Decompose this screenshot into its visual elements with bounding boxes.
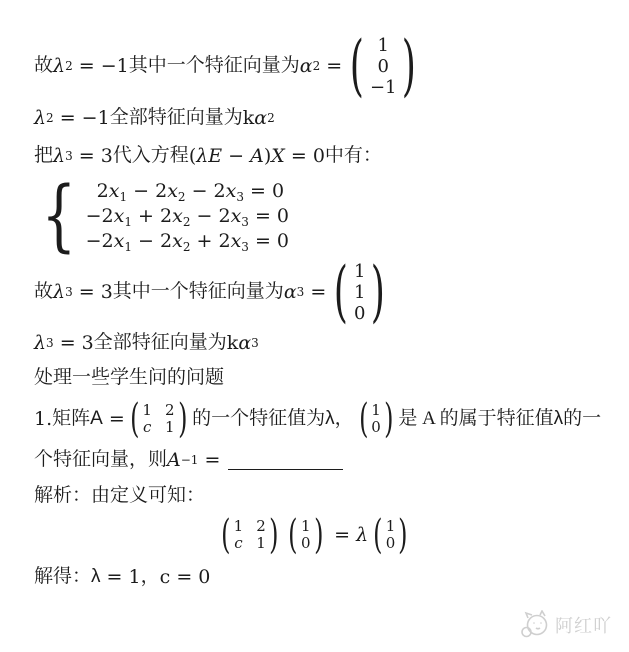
matrix-cell: 0 <box>377 56 388 77</box>
section-heading: 处理一些学生问的问题 <box>34 365 619 391</box>
cjk-text: 把 <box>34 143 53 169</box>
matrix-cell: 1 <box>142 402 152 419</box>
math-text: − 2 <box>190 205 230 227</box>
math-text: = 3 <box>73 143 113 169</box>
matrix-cell: 2 <box>256 518 266 535</box>
column-vector-alpha3: ( 1 1 0 ) <box>328 261 391 324</box>
matrix-cell: 1 <box>256 535 266 552</box>
document-page: 故λ2 = −1其中一个特征向量为α2 = ( 1 0 −1 ) λ2 = −1… <box>0 0 629 640</box>
cjk-text: 处理一些学生问的问题 <box>34 365 224 391</box>
math-text: − 2 <box>186 180 226 202</box>
math-var-x: x <box>114 230 125 252</box>
math-var-x: x <box>231 230 242 252</box>
matrix-cell: 1 <box>354 282 365 303</box>
watermark-label: 阿红吖 <box>555 612 612 638</box>
cjk-text: 个特征向量，则 <box>34 447 167 473</box>
math-subscript: 2 <box>178 190 186 204</box>
math-text: = <box>304 279 326 305</box>
math-var-lambda: λ <box>53 53 65 79</box>
matrix-cell: 1 <box>354 261 365 282</box>
math-expression: λE − A <box>196 143 264 169</box>
cjk-text: 故 <box>34 53 53 79</box>
math-text: − 2 <box>127 180 167 202</box>
cjk-text: 代入方程 <box>113 143 189 169</box>
matrix-cell: 0 <box>386 535 396 552</box>
matrix-cell: 1 <box>386 518 396 535</box>
cjk-text: 故 <box>34 279 53 305</box>
equation-row: 2x1 − 2x2 − 2x3 = 0 <box>86 179 289 204</box>
math-var-lambda: λ <box>554 406 564 432</box>
matrix-cell: c <box>234 535 242 552</box>
math-var-alpha: α <box>238 330 251 356</box>
math-var-lambda: λ <box>53 143 65 169</box>
math-text: = 0 <box>285 143 325 169</box>
equation-row: −2x1 − 2x2 + 2x3 = 0 <box>86 229 289 254</box>
math-var-lambda: λ <box>356 522 368 548</box>
math-var-lambda: λ <box>34 330 46 356</box>
cjk-text: 矩阵 <box>52 406 90 432</box>
cjk-text: 解得： <box>34 564 91 590</box>
line-problem-statement-2: 个特征向量，则A−1 = <box>34 447 619 473</box>
math-text: = 3 <box>73 279 113 305</box>
math-text: = <box>103 406 125 432</box>
math-text: = 0 <box>249 230 289 252</box>
math-var-X: X <box>271 143 285 169</box>
matrix-cell: 1 <box>301 518 311 535</box>
cjk-text: 全部特征向量为 <box>94 330 227 356</box>
math-var-k: k <box>243 105 255 131</box>
math-var-lambda: λ <box>325 406 335 432</box>
math-subscript: 3 <box>236 190 244 204</box>
line-substitute-lambda3: 把λ3 = 3代入方程(λE − A)X = 0中有： <box>34 143 619 169</box>
cjk-text: ， <box>335 406 354 432</box>
math-subscript: 1 <box>124 215 132 229</box>
math-text: − 2 <box>132 230 172 252</box>
watermark-mascot-icon <box>517 610 551 640</box>
math-text: = −1 <box>73 53 129 79</box>
matrix-cell: 0 <box>301 535 311 552</box>
line-solution-label: 解析：由定义可知： <box>34 483 619 509</box>
line-eigenvector-lambda3: 故λ3 = 3其中一个特征向量为α3 = ( 1 1 0 ) <box>34 258 619 326</box>
math-text: + 2 <box>132 205 172 227</box>
cjk-text: 是 A 的属于特征值 <box>398 406 553 432</box>
math-var-alpha: α <box>300 53 313 79</box>
matrix-cell: 0 <box>354 303 365 324</box>
answer-blank <box>228 450 343 470</box>
math-text: −2 <box>86 230 114 252</box>
equation-row: −2x1 + 2x2 − 2x3 = 0 <box>86 204 289 229</box>
math-var-A: A <box>167 447 181 473</box>
centered-equation: ( 1 2 c 1 ) ( 1 0 ) = λ ( 1 0 ) <box>34 512 619 558</box>
math-text: = 0 <box>244 180 284 202</box>
cjk-text: 其中一个特征向量为 <box>113 279 284 305</box>
column-vector-e1: ( 1 0 ) <box>356 402 397 436</box>
math-var-lambda: λ <box>91 564 101 590</box>
math-subscript: 3 <box>241 240 249 254</box>
matrix-cell: −1 <box>370 77 397 98</box>
matrix-A: ( 1 2 c 1 ) <box>127 402 190 436</box>
matrix-cell: 1 <box>371 402 381 419</box>
cjk-text: 全部特征向量为 <box>110 105 243 131</box>
watermark: 阿红吖 <box>34 610 619 640</box>
column-vector-alpha2: ( 1 0 −1 ) <box>344 35 422 98</box>
math-text: = 1 <box>101 564 141 590</box>
math-var-lambda: λ <box>53 279 65 305</box>
math-var-c: c <box>160 564 171 590</box>
line-eigenvector-lambda2: 故λ2 = −1其中一个特征向量为α2 = ( 1 0 −1 ) <box>34 32 619 100</box>
math-var-x: x <box>114 205 125 227</box>
math-var-x: x <box>109 180 120 202</box>
matrix-cell: c <box>143 419 151 436</box>
math-var-alpha: α <box>254 105 267 131</box>
cjk-text: 解析：由定义可知： <box>34 483 205 509</box>
cjk-text: 其中一个特征向量为 <box>129 53 300 79</box>
math-var-x: x <box>226 180 237 202</box>
math-var-lambda: λ <box>34 105 46 131</box>
math-var-A: A <box>90 406 103 432</box>
math-var-x: x <box>172 205 183 227</box>
cjk-text: 中有： <box>325 143 382 169</box>
item-number: 1. <box>34 406 52 432</box>
math-var-k: k <box>227 330 239 356</box>
matrix-cell: 2 <box>165 402 175 419</box>
math-text: = 0 <box>249 205 289 227</box>
math-subscript: 1 <box>124 240 132 254</box>
cjk-text: 的一个特征值为 <box>192 406 325 432</box>
math-var-x: x <box>172 230 183 252</box>
line-all-eigenvectors-lambda3: λ3 = 3全部特征向量为kα3 <box>34 330 619 356</box>
math-subscript: 1 <box>119 190 127 204</box>
math-text: = −1 <box>54 105 110 131</box>
column-vector-e1: ( 1 0 ) <box>370 518 411 552</box>
math-var-x: x <box>231 205 242 227</box>
math-text: −2 <box>86 205 114 227</box>
column-vector-e1: ( 1 0 ) <box>285 518 326 552</box>
math-text: 2 <box>97 180 109 202</box>
math-text: = 3 <box>54 330 94 356</box>
matrix-cell: 1 <box>165 419 175 436</box>
cjk-text: ， <box>141 564 160 590</box>
line-all-eigenvectors-lambda2: λ2 = −1全部特征向量为kα2 <box>34 105 619 131</box>
line-result: 解得：λ = 1，c = 0 <box>34 564 619 590</box>
equation-system: { 2x1 − 2x2 − 2x3 = 0 −2x1 + 2x2 − 2x3 =… <box>34 180 619 252</box>
math-var-alpha: α <box>284 279 297 305</box>
matrix-A: ( 1 2 c 1 ) <box>218 518 281 552</box>
matrix-cell: 0 <box>371 419 381 436</box>
math-text: = <box>198 447 220 473</box>
matrix-cell: 1 <box>234 518 244 535</box>
math-subscript: 3 <box>241 215 249 229</box>
math-text: = <box>320 53 342 79</box>
line-problem-statement-1: 1.矩阵A = ( 1 2 c 1 ) 的一个特征值为λ， ( 1 0 ) 是 … <box>34 397 619 441</box>
matrix-cell: 1 <box>377 35 388 56</box>
cjk-text: 的一 <box>563 406 601 432</box>
math-var-x: x <box>167 180 178 202</box>
math-text: + 2 <box>190 230 230 252</box>
math-text: = 0 <box>170 564 210 590</box>
math-text: = <box>328 522 356 548</box>
